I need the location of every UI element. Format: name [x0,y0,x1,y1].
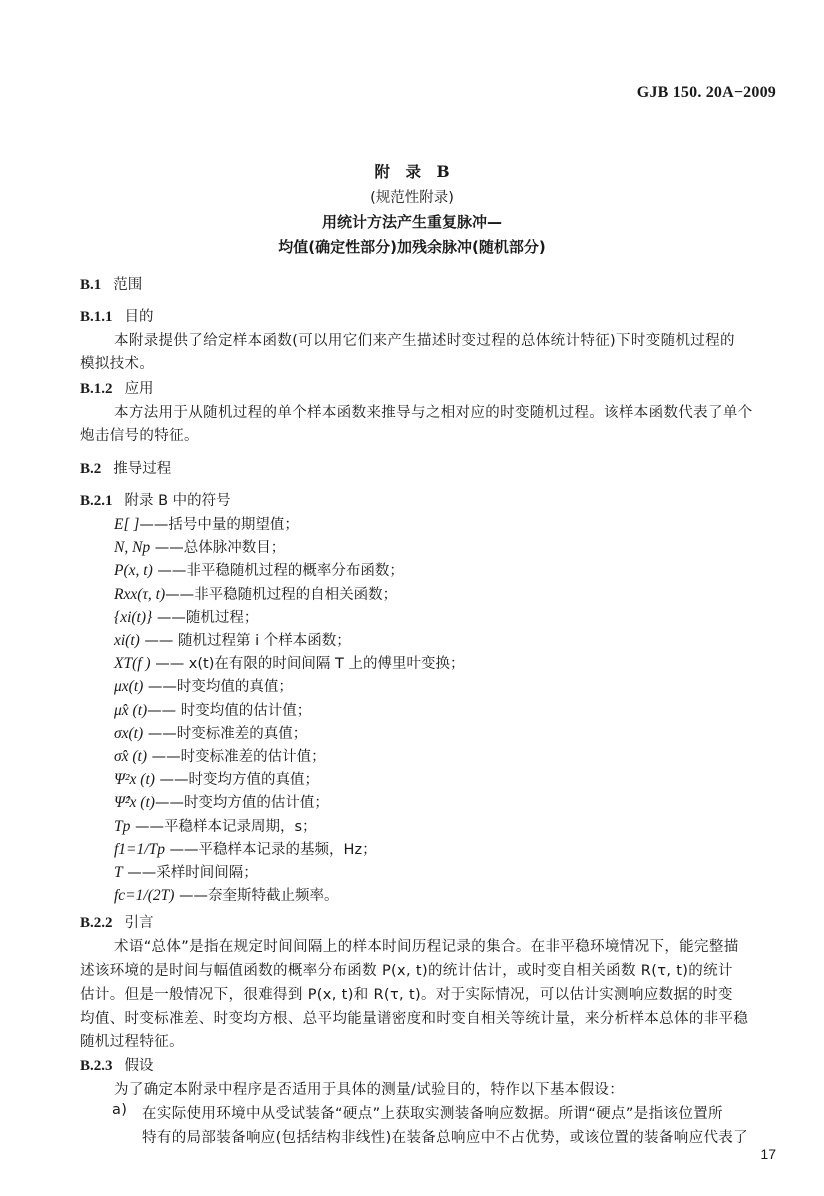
symbol-description: ——平稳样本记录周期，s； [130,819,316,835]
symbol: f1=1/Tp [114,841,165,858]
section-heading-b21: B.2.1附录 B 中的符号 [80,489,231,510]
paragraph-line: 估计。但是一般情况下，很难得到 P(x, t)和 R(τ, t)。对于实际情况，… [80,983,733,1004]
section-heading-b11: B.1.1目的 [80,305,154,326]
symbol-description: ——平稳样本记录的基频，Hz； [165,842,377,858]
symbol-description: ——时变均值的真值； [143,679,293,695]
appendix-type: (规范性附录) [0,186,824,207]
symbol: Ψ̂²x (t) [114,794,155,811]
symbol-definition: {xi(t)} ——随机过程； [114,606,258,627]
symbol-definition: P(x, t) ——非平稳随机过程的概率分布函数； [114,559,404,580]
symbol-definition: μx(t) ——时变均值的真值； [114,675,293,696]
symbol-description: ——时变标准差的真值； [143,726,307,742]
page-number: 17 [760,1146,776,1162]
symbol-definition: Rxx(τ, t)——非平稳随机过程的自相关函数； [114,583,397,604]
section-heading-b22: B.2.2引言 [80,911,154,932]
symbol-description: ——奈奎斯特截止频率。 [174,888,338,904]
section-title: 附录 B 中的符号 [125,493,231,509]
symbol-definition: E[ ]——括号中量的期望值； [114,513,299,534]
paragraph-line: 为了确定本附录中程序是否适用于具体的测量/试验目的，特作以下基本假设： [114,1078,624,1099]
symbol-description: ——时变标准差的估计值； [147,749,326,765]
symbol-description: ——非平稳随机过程的自相关函数； [165,587,397,603]
symbol-definition: N, Np ——总体脉冲数目； [114,536,285,557]
symbol-definition: T ——采样时间间隔； [114,861,258,882]
section-title: 范围 [113,277,142,293]
symbol: μ̂x (t) [114,702,147,719]
paragraph-line: 炮击信号的特征。 [80,424,199,445]
section-number: B.2.1 [80,493,113,509]
symbol-description: ——时变均方值的估计值； [155,795,329,811]
symbol-description: ——括号中量的期望值； [139,517,299,533]
symbol-description: ——总体脉冲数目； [150,540,285,556]
section-number: B.2.3 [80,1058,113,1074]
section-title: 引言 [125,915,154,931]
symbol-description: —— x(t)在有限的时间间隔 T 上的傅里叶变换； [151,656,465,672]
symbol-definition: Ψ²x (t) ——时变均方值的真值； [114,768,319,789]
symbol-definition: XT(f ) —— x(t)在有限的时间间隔 T 上的傅里叶变换； [114,652,464,673]
paragraph-line: 本方法用于从随机过程的单个样本函数来推导与之相对应的时变随机过程。该样本函数代表… [114,401,753,422]
section-number: B.1.1 [80,309,113,325]
section-heading-b1: B.1范围 [80,273,142,294]
appendix-label: 附 录 B [0,160,824,182]
list-item-line: 特有的局部装备响应(包括结构非线性)在装备总响应中不占优势，或该位置的装备响应代… [142,1126,748,1147]
symbol-description: ——随机过程； [152,610,258,626]
paragraph-line: 均值、时变标准差、时变均方根、总平均能量谱密度和时变自相关等统计量，来分析样本总… [80,1007,748,1028]
symbol-definition: σ̂x (t) ——时变标准差的估计值； [114,745,326,766]
paragraph-line: 述该环境的是时间与幅值函数的概率分布函数 P(x, t)的统计估计，或时变自相关… [80,959,733,980]
section-heading-b12: B.1.2应用 [80,377,154,398]
symbol-definition: σx(t) ——时变标准差的真值； [114,722,307,743]
section-title: 假设 [125,1058,154,1074]
symbol: T [114,864,123,881]
symbol: Tp [114,818,130,835]
symbol-definition: f1=1/Tp ——平稳样本记录的基频，Hz； [114,838,377,859]
symbol-description: ——非平稳随机过程的概率分布函数； [153,563,404,579]
standard-number: GJB 150. 20A−2009 [637,84,776,102]
section-number: B.2 [80,461,101,477]
section-heading-b2: B.2推导过程 [80,457,171,478]
symbol-description: ——采样时间间隔； [123,865,258,881]
section-number: B.2.2 [80,915,113,931]
symbol: XT(f ) [114,655,151,672]
symbol: fc=1/(2T) [114,887,174,904]
paragraph-line: 模拟技术。 [80,352,154,373]
symbol-definition: xi(t) —— 随机过程第 i 个样本函数； [114,629,351,650]
symbol: Rxx(τ, t) [114,586,165,603]
symbol: N, Np [114,539,150,556]
list-item-label: a) [112,1102,127,1118]
section-title: 目的 [125,309,154,325]
symbol-definition: fc=1/(2T) ——奈奎斯特截止频率。 [114,884,339,905]
symbol-description: —— 时变均值的估计值； [147,703,311,719]
symbol-definition: Ψ̂²x (t)——时变均方值的估计值； [114,791,329,812]
appendix-title-line2: 均值(确定性部分)加残余脉冲(随机部分) [0,236,824,257]
symbol: Ψ²x (t) [114,771,155,788]
section-title: 应用 [125,381,154,397]
paragraph-line: 术语“总体”是指在规定时间间隔上的样本时间历程记录的集合。在非平稳环境情况下，能… [114,935,739,956]
symbol: xi(t) [114,632,140,649]
symbol: μx(t) [114,678,143,695]
symbol-description: ——时变均方值的真值； [155,772,319,788]
symbol: P(x, t) [114,562,153,579]
paragraph-line: 随机过程特征。 [80,1030,184,1051]
section-title: 推导过程 [113,461,171,477]
symbol-definition: Tp ——平稳样本记录周期，s； [114,815,317,836]
symbol-description: —— 随机过程第 i 个样本函数； [140,633,351,649]
section-heading-b23: B.2.3假设 [80,1054,154,1075]
paragraph-line: 本附录提供了给定样本函数(可以用它们来产生描述时变过程的总体统计特征)下时变随机… [114,329,735,350]
list-item-line: 在实际使用环境中从受试装备“硬点”上获取实测装备响应数据。所谓“硬点”是指该位置… [142,1102,723,1123]
symbol-definition: μ̂x (t)—— 时变均值的估计值； [114,699,311,720]
symbol: σx(t) [114,725,143,742]
symbol: σ̂x (t) [114,748,147,765]
appendix-title-line1: 用统计方法产生重复脉冲— [0,211,824,232]
section-number: B.1 [80,277,101,293]
symbol: E[ ] [114,516,139,533]
symbol: {xi(t)} [114,609,152,626]
section-number: B.1.2 [80,381,113,397]
